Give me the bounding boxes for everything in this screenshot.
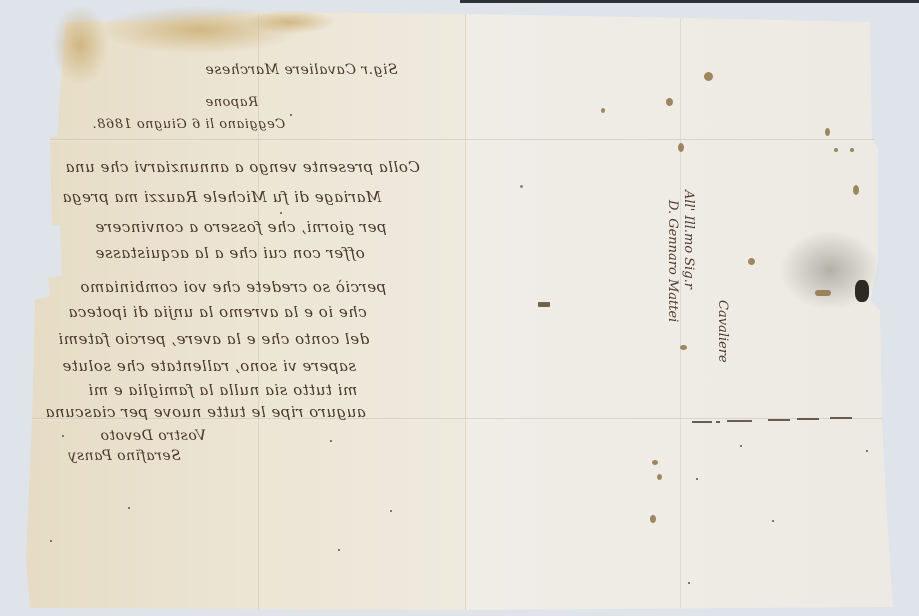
ink-dash [830,417,852,419]
speck [290,114,292,116]
ink-dash [797,418,819,420]
speck [866,450,868,452]
date-line: Ceggiano li 6 Giugno 1868. [92,117,285,132]
header-line: Sig.r Cavaliere Marchese [205,62,398,78]
burn-hole [855,280,869,302]
closing-line: Vostro Devoto [100,428,206,444]
body-line: che io e la avremo la unjia di ipoteca [68,303,367,321]
foxing-spot [834,148,838,152]
body-line: Colla presente vengo a annunziarvi che u… [65,158,420,176]
foxing-spot [853,185,859,195]
foxing-spot [657,474,662,480]
speck [390,510,392,512]
foxing-spot [666,98,673,106]
header-line: Rapone [205,95,258,110]
speck [280,212,282,214]
speck [338,549,340,551]
foxing-spot [825,128,830,136]
speck [330,440,332,442]
address-line: D. Gennaro Mattei [665,200,680,322]
foxing-spot [704,72,713,81]
foxing-spot [601,108,605,113]
signature: Serafino Pansy [68,448,181,464]
foxing-spot [815,290,831,296]
speck [50,540,52,542]
ink-mark [538,302,550,307]
body-line: sapere vi sono, rallentate che solute [62,357,356,375]
ink-dash [768,419,790,421]
speck [740,445,742,447]
body-line: mi tutto sia nulla la famiglia e mi [88,381,357,399]
center-fold [465,14,467,610]
ink-dash [716,421,720,423]
body-line: offer con cui che a la acquistasse [95,244,365,262]
foxing-spot [652,460,658,465]
foxing-spot [678,143,684,152]
speck [128,507,130,509]
crease-right [680,18,681,608]
body-line: auguro ripe le tutte nuove per ciascuna [45,403,366,421]
foxing-spot [520,185,523,188]
speck [688,582,690,584]
ink-dash [727,420,752,422]
speck [62,435,64,437]
body-line: per giorni, che fossero a convincere [95,218,387,236]
body-line: del conto che e la avere, percio fatemi [58,330,369,348]
foxing-spot [748,258,755,265]
body-line: Mariage di fu Michele Rauzzi ma prega [62,188,381,206]
body-line: perciò so credete che voi combiniamo [80,278,386,296]
foxing-spot [650,515,656,523]
foxing-spot [850,148,854,152]
speck [696,478,698,480]
upper-fold [50,139,874,141]
ink-dash [692,421,712,423]
foxing-spot [680,345,687,350]
address-line: All' Ill.mo Sig.r [681,190,696,289]
address-line: Cavaliere [715,300,730,363]
speck [772,520,774,522]
